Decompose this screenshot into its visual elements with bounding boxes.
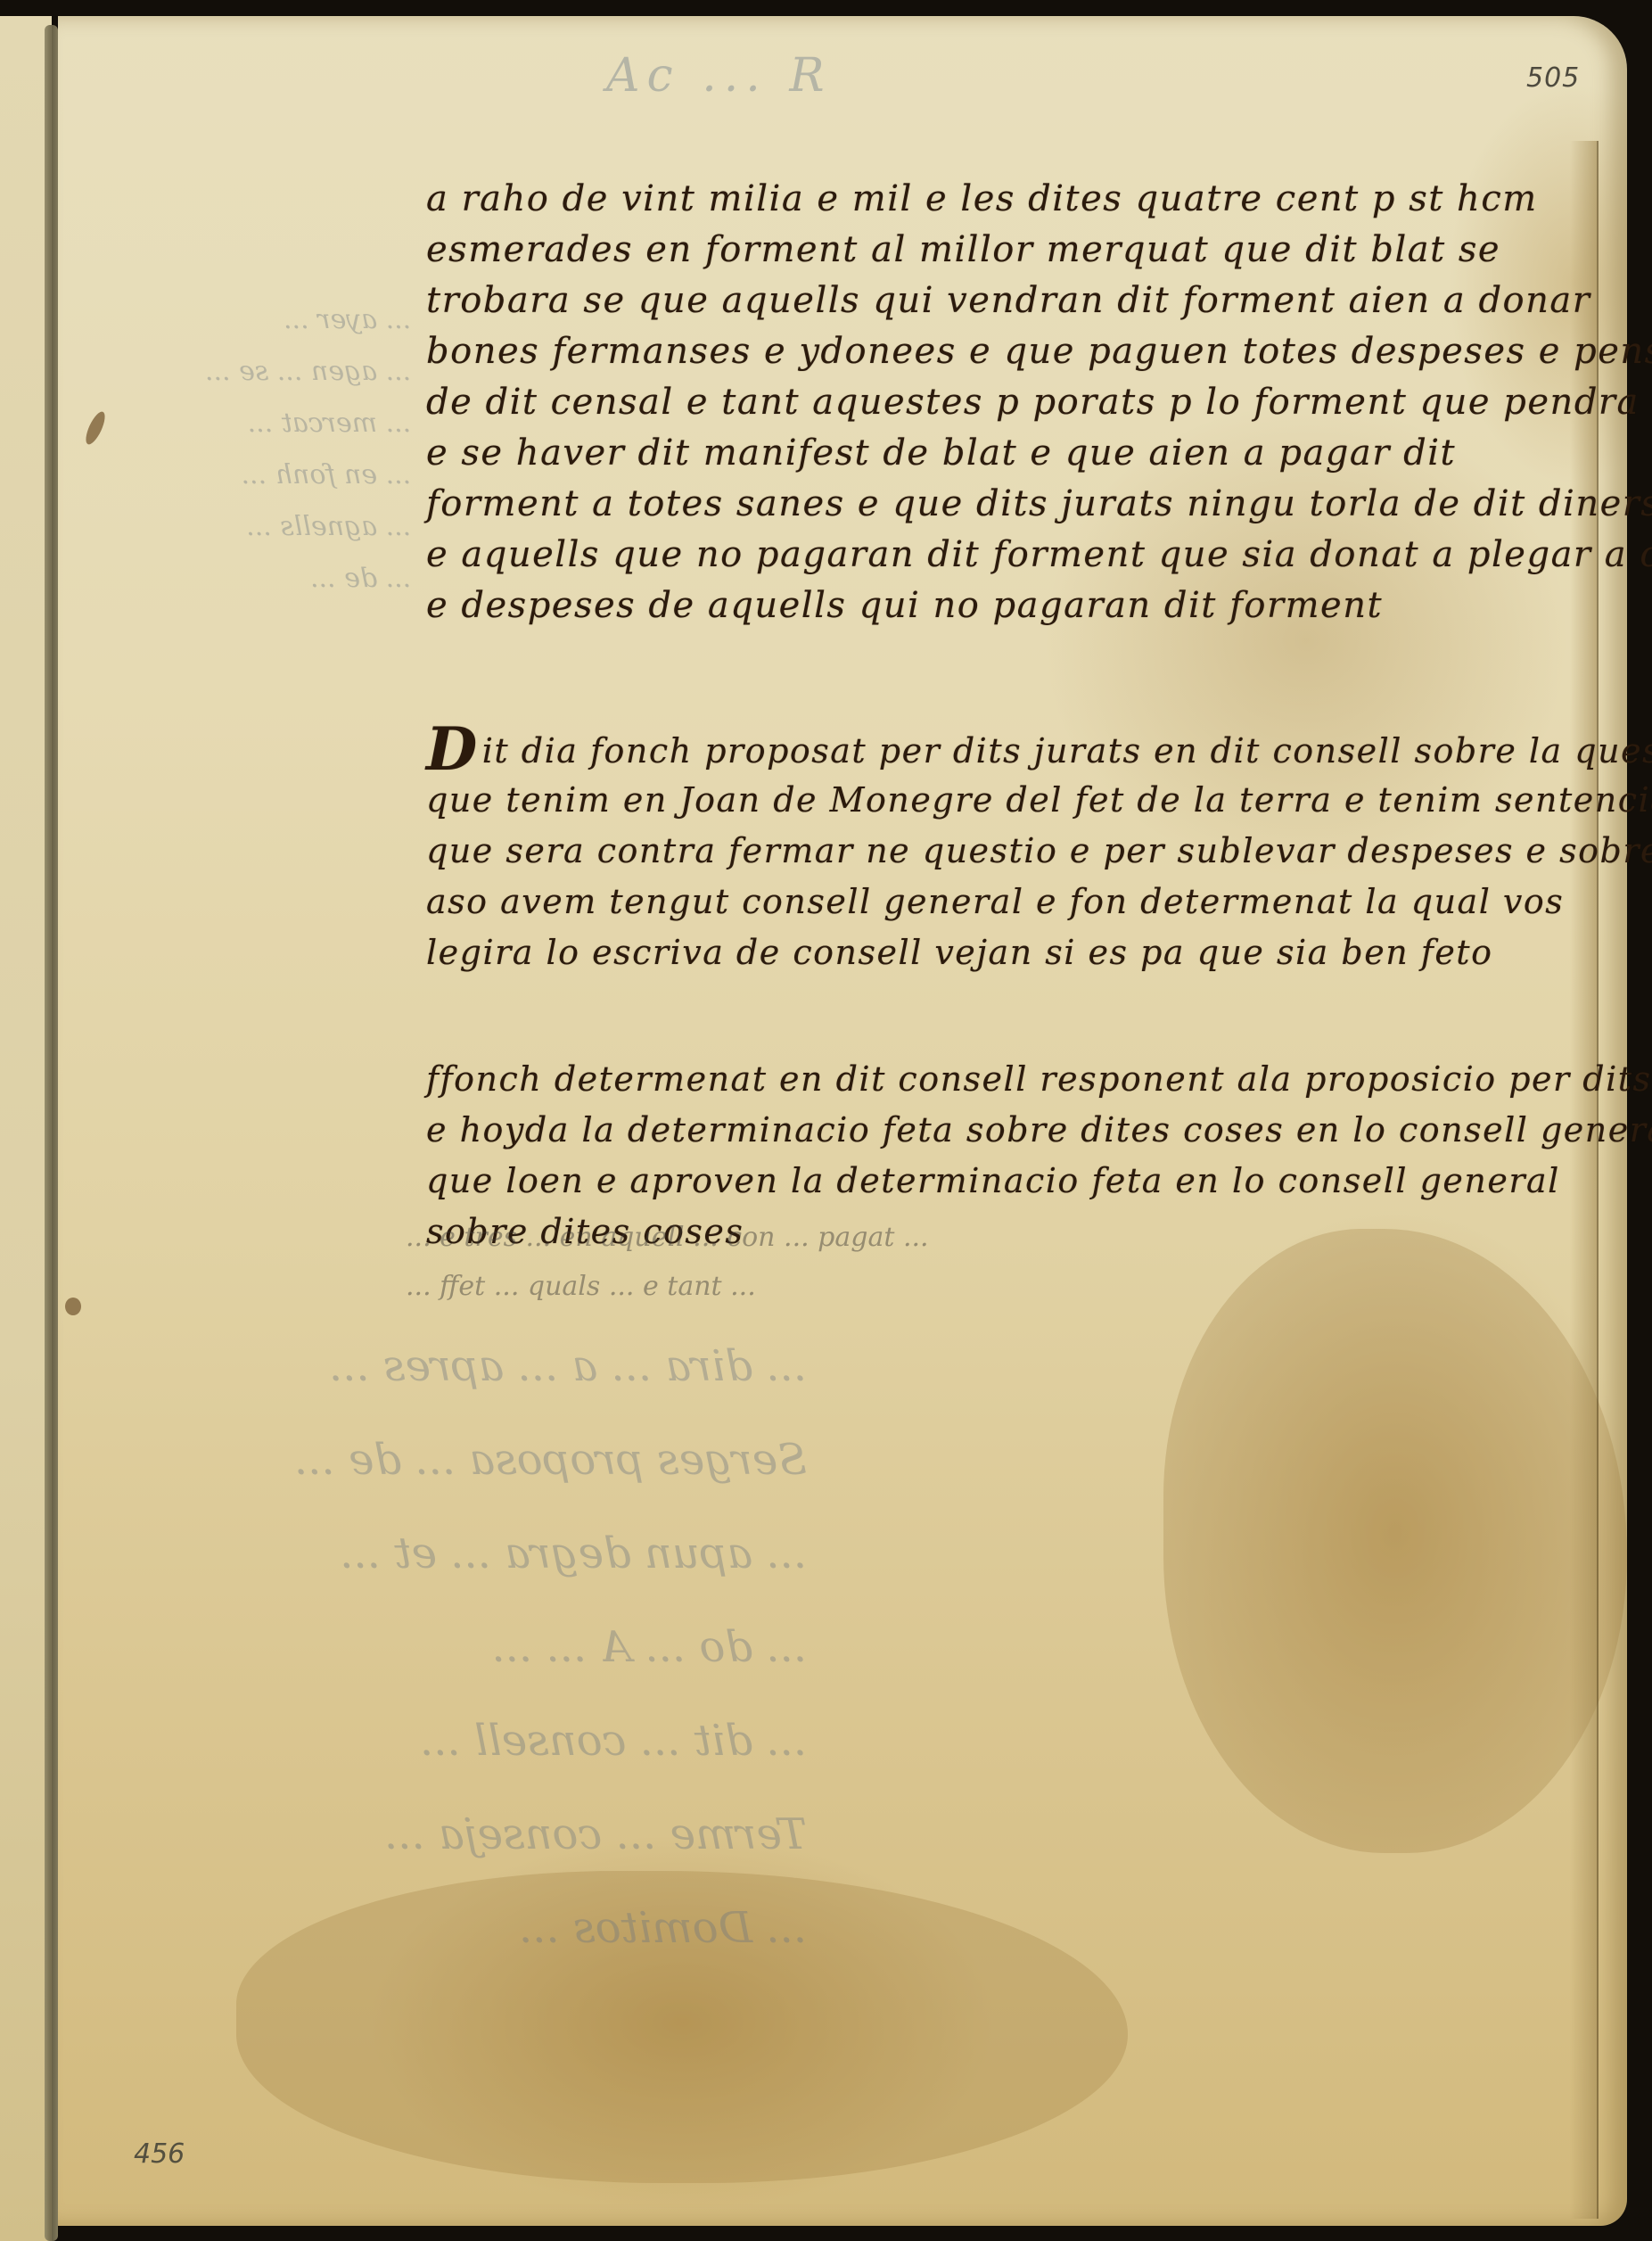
bleed-line: ... dit ... consell ... [294, 1694, 807, 1788]
initial-letter: D [426, 724, 479, 775]
bleed-line: ... mercat ... [205, 398, 411, 449]
bleed-line: ... Domitos ... [294, 1882, 807, 1975]
text-line: esmerades en forment al millor merquat q… [426, 225, 1576, 276]
text-line: e hoyda la determinacio feta sobre dites… [426, 1105, 1576, 1156]
bleed-line: ... ayer ... [205, 294, 411, 346]
text-line: trobara se que aquells qui vendran dit f… [426, 276, 1576, 326]
text-line: e se haver dit manifest de blat e que ai… [426, 428, 1576, 479]
text-line: legira lo escriva de consell vejan si es… [426, 927, 1576, 978]
bleed-line: ... apun degra ... et ... [294, 1507, 807, 1601]
bleed-line: Serges proposa ... de ... [294, 1413, 807, 1507]
text-line: e aquells que no pagaran dit forment que… [426, 530, 1576, 581]
bleed-line: ... do ... A ... ... [294, 1601, 807, 1694]
bleed-through-left: ... ayer ... ... agen ... se ... ... mer… [205, 294, 411, 605]
ink-blot [65, 1298, 81, 1315]
text-line: que sera contra fermar ne questio e per … [426, 826, 1576, 877]
text-line: forment a totes sanes e que dits jurats … [426, 479, 1576, 530]
text-line: que loen e aproven la determinacio feta … [426, 1156, 1576, 1207]
binding-gutter [45, 25, 58, 2241]
bleed-line: Terme ... conseja ... [294, 1788, 807, 1882]
pencil-mark: Ac ... R [606, 49, 831, 103]
annotation-line: ... e tres ... en aquell ... con ... pag… [406, 1213, 929, 1262]
text-line: que tenim en Joan de Monegre del fet de … [426, 775, 1576, 826]
annotation-line: ... ffet ... quals ... e tant ... [406, 1262, 929, 1311]
faint-annotation: ... e tres ... en aquell ... con ... pag… [406, 1213, 929, 1311]
text-line: ffonch determenat en dit consell respone… [426, 1054, 1576, 1105]
paragraph-1: a raho de vint milia e mil e les dites q… [426, 174, 1576, 631]
paragraph-2: Dit dia fonch proposat per dits jurats e… [426, 724, 1576, 978]
text-line: aso avem tengut consell general e fon de… [426, 877, 1576, 927]
text-line-content: it dia fonch proposat per dits jurats en… [482, 731, 1652, 770]
bleed-line: ... agnells ... [205, 501, 411, 553]
bleed-through-bottom: ... dira ... a ... apres ... Serges prop… [294, 1320, 807, 1975]
folio-number-bottom: 456 [134, 2138, 185, 2170]
bleed-line: ... agen ... se ... [205, 346, 411, 398]
text-line: a raho de vint milia e mil e les dites q… [426, 174, 1576, 225]
folio-number-top: 505 [1526, 62, 1580, 94]
bleed-line: ... de ... [205, 553, 411, 605]
water-stain [1163, 1229, 1627, 1853]
bleed-line: ... dira ... a ... apres ... [294, 1320, 807, 1413]
text-line: de dit censal e tant aquestes p porats p… [426, 377, 1576, 428]
text-line: e despeses de aquells qui no pagaran dit… [426, 581, 1576, 631]
bleed-line: ... en fonh ... [205, 449, 411, 501]
text-line: Dit dia fonch proposat per dits jurats e… [426, 724, 1576, 775]
text-line: bones fermanses e ydonees e que paguen t… [426, 326, 1576, 377]
